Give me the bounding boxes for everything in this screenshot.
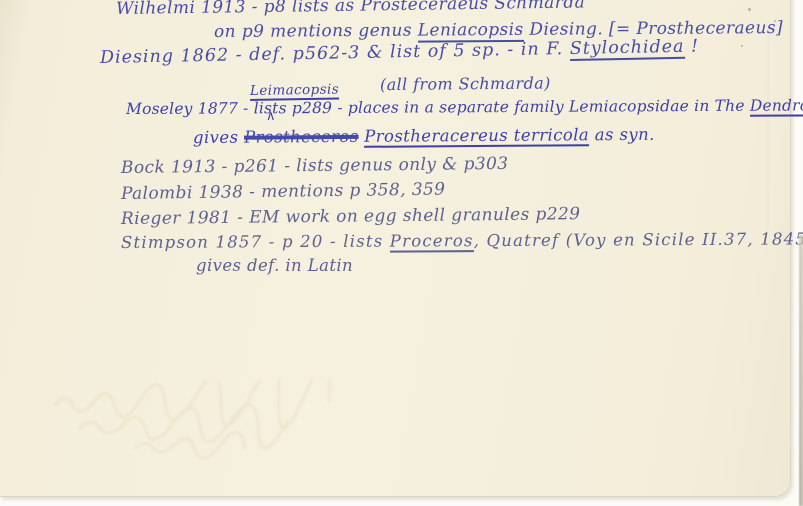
note-line-moseley: Moseley 1877 - lists p289 - places in a … — [126, 96, 803, 118]
index-card: Wilhelmi 1913 - p8 lists as Prosteceraeu… — [0, 0, 791, 497]
note-line-wilhelmi-1: Wilhelmi 1913 - p8 lists as Prosteceraeu… — [116, 0, 585, 19]
dust-speck — [741, 45, 743, 47]
dust-speck — [774, 20, 776, 22]
note-line-bock: Bock 1913 - p261 - lists genus only & p3… — [121, 154, 509, 178]
note-line-rieger: Rieger 1981 - EM work on egg shell granu… — [121, 204, 581, 229]
text-segment: , Quatref (Voy en Sicile II.37, 1845) — [474, 229, 803, 250]
scanned-card-page: Wilhelmi 1913 - p8 lists as Prosteceraeu… — [0, 0, 803, 506]
ink-bleed-through — [40, 380, 370, 465]
underlined-prostheracereus-terricola: Prostheracereus terricola — [364, 125, 589, 148]
struck-out-genus: Prostheceros — [244, 127, 359, 147]
note-line-latin-def: gives def. in Latin — [196, 256, 353, 275]
underlined-group-dendrocola: Dendrocola — [750, 96, 803, 116]
text-segment: Moseley 1877 - lists p289 - places in a … — [126, 97, 750, 118]
note-line-palombi: Palombi 1938 - mentions p 358, 359 — [121, 179, 446, 204]
note-line-synonym: gives Prostheceros Prostheracereus terri… — [193, 125, 655, 147]
card-crease — [768, 20, 771, 230]
note-line-diesing: Diesing 1862 - def. p562-3 & list of 5 s… — [100, 36, 699, 67]
scan-edge-shadow — [799, 235, 803, 506]
text-segment: ! — [684, 36, 699, 56]
text-segment: Stimpson 1857 - p 20 - lists — [121, 232, 390, 252]
note-line-all-from-schmarda: (all from Schmarda) — [380, 74, 551, 94]
text-segment: on p9 mentions genus — [214, 21, 418, 42]
text-segment: Diesing 1862 - def. p562-3 & list of 5 s… — [100, 39, 570, 68]
underlined-family-stylochidea: Stylochidea — [570, 37, 685, 61]
note-line-stimpson: Stimpson 1857 - p 20 - lists Proceros, Q… — [121, 229, 803, 252]
underlined-genus-proceros: Proceros — [390, 231, 474, 252]
dust-speck — [748, 8, 751, 11]
dust-speck — [762, 30, 764, 32]
text-segment: gives — [193, 128, 244, 147]
text-segment: as syn. — [589, 125, 655, 144]
